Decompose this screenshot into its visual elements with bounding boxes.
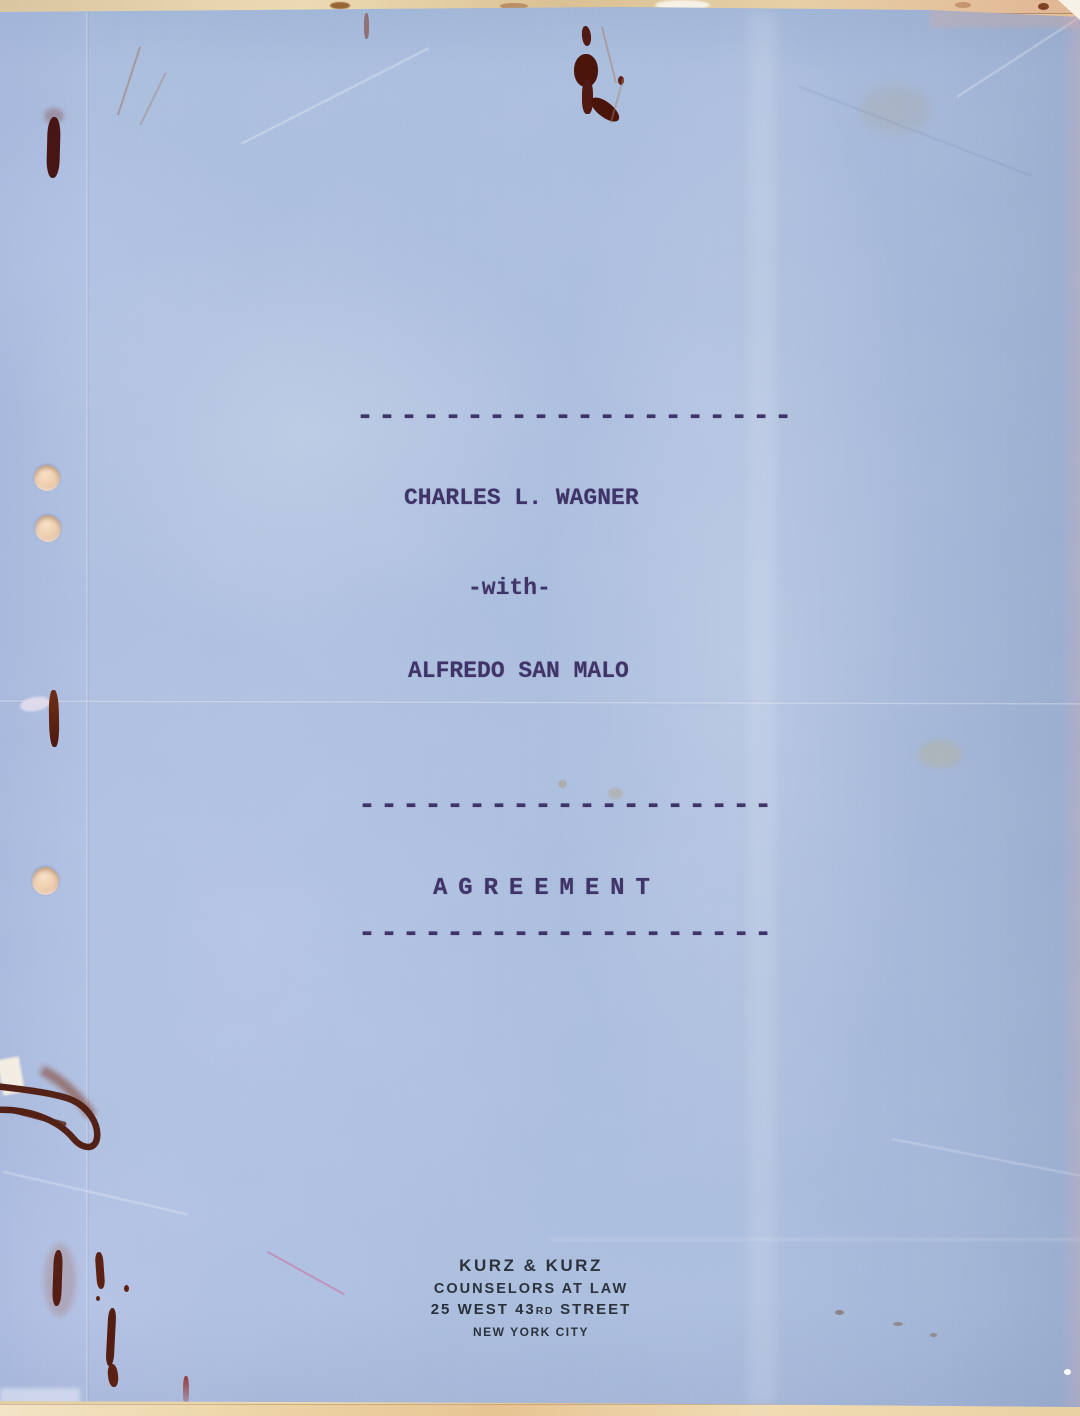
connector-word: -with- (468, 577, 551, 600)
law-firm-name: KURZ & KURZ (331, 1256, 731, 1276)
yellow-stain (608, 788, 623, 799)
address-ordinal: RD (536, 1305, 554, 1317)
dirt-speck (930, 1333, 937, 1337)
law-firm-city: NEW YORK CITY (331, 1325, 731, 1339)
dashed-rule-middle: - - - - - - - - - - - - - - - - - - - (358, 791, 772, 821)
dirt-speck (835, 1310, 844, 1315)
punch-hole (35, 515, 61, 542)
document-title: A G R E E M E N T (433, 877, 650, 901)
rust-fastener-streak (49, 690, 60, 747)
scanned-page: - - - - - - - - - - - - - - - - - - - - … (0, 0, 1080, 1416)
party-one-name: CHARLES L. WAGNER (404, 487, 639, 510)
punch-hole (32, 867, 59, 895)
ink-blot-tail (582, 80, 593, 114)
rust-speck (124, 1285, 129, 1292)
dashed-rule-bottom: - - - - - - - - - - - - - - - - - - - (358, 919, 772, 949)
edge-stain (955, 2, 971, 8)
backing-paper-bottom-edge (0, 1404, 1080, 1416)
blue-cover-sheet: - - - - - - - - - - - - - - - - - - - - … (0, 0, 1080, 1416)
paper-fiber-texture (0, 0, 1080, 1416)
yellow-stain (918, 740, 962, 768)
dirt-speck (893, 1322, 903, 1326)
punch-hole (34, 465, 60, 491)
address-street: STREET (554, 1301, 631, 1318)
party-two-name: ALFREDO SAN MALO (408, 660, 629, 683)
red-streak (183, 1376, 189, 1406)
rust-drip (364, 13, 369, 39)
dashed-rule-top: - - - - - - - - - - - - - - - - - - - - (356, 402, 792, 432)
yellow-stain (860, 85, 930, 133)
edge-stain (1038, 3, 1049, 10)
ink-mark-top-left (46, 117, 61, 178)
edge-stain (330, 2, 350, 9)
paper-fleck (1064, 1369, 1071, 1375)
rust-speck (96, 1296, 100, 1301)
yellow-stain (558, 780, 567, 788)
address-number: 25 WEST 43 (431, 1301, 536, 1318)
law-firm-address: 25 WEST 43RD STREET (331, 1301, 731, 1318)
law-firm-tagline: COUNSELORS AT LAW (331, 1281, 731, 1297)
